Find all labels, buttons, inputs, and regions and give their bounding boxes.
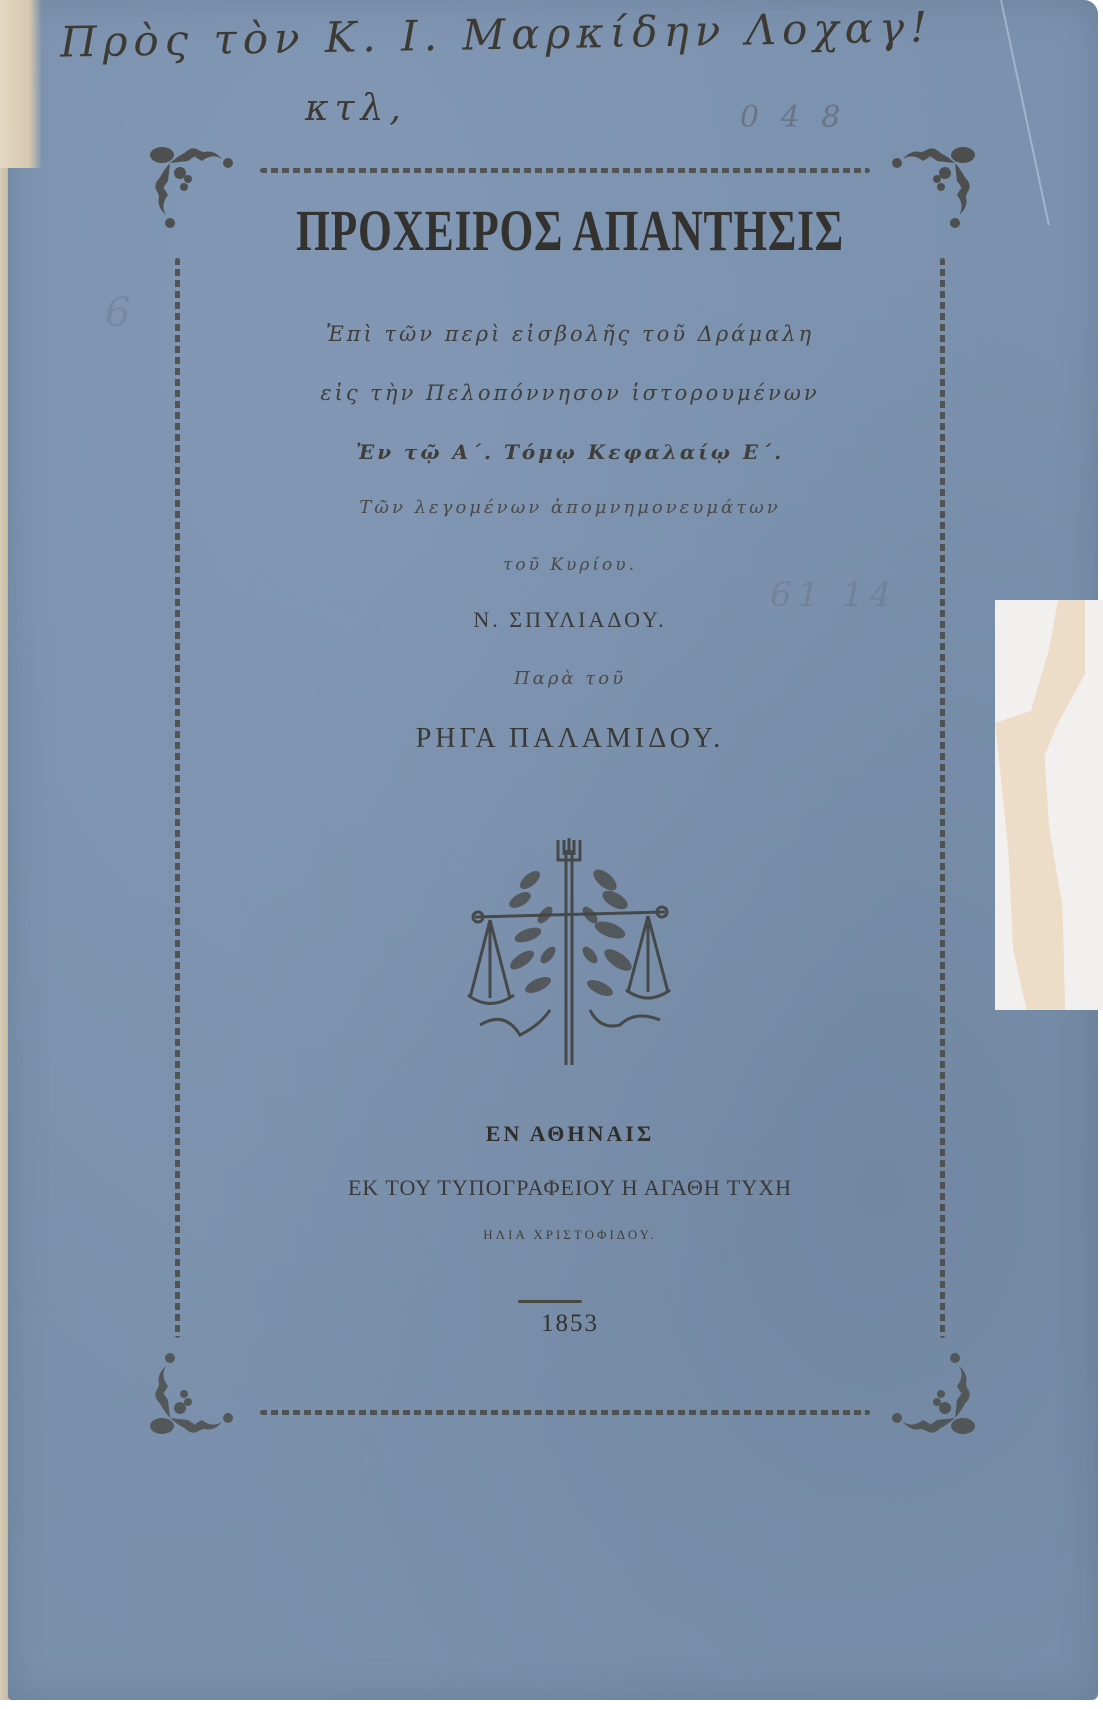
publication-year: 1853 <box>195 1310 945 1338</box>
imprint-city: ΕΝ ΑΘΗΝΑΙΣ <box>195 1121 945 1147</box>
subtitle-line: Ἐν τῷ Α΄. Τόμῳ Κεφαλαίῳ Ε΄. <box>195 440 945 464</box>
subtitle-line: εἰς τὴν Πελοπόννησον ἱστορουμένων <box>195 381 945 405</box>
rope-border-left <box>175 258 180 1338</box>
subtitle-line: Ἐπὶ τῶν περὶ εἰσβολῆς τοῦ Δράμαλη <box>195 322 945 346</box>
rope-border-bottom <box>260 1410 870 1415</box>
memoir-author: Ν. ΣΠΥΛΙΑΔΟΥ. <box>195 607 945 633</box>
divider-rule <box>518 1300 582 1303</box>
subtitle-line: Τῶν λεγομένων ἀπομνημονευμάτων <box>195 497 945 518</box>
faint-pencil-mark: 0 4 8 <box>740 100 846 135</box>
worn-corner <box>0 0 42 168</box>
by-label: Παρὰ τοῦ <box>195 668 945 689</box>
imprint-printer: ΕΚ ΤΟΥ ΤΥΠΟΓΡΑΦΕΙΟΥ Η ΑΓΑΘΗ ΤΥΧΗ <box>195 1175 945 1201</box>
corner-ornament-icon <box>140 1338 250 1448</box>
corner-ornament-icon <box>875 1338 985 1448</box>
book-author: ΡΗΓΑ ΠΑΛΑΜΙΔΟΥ. <box>195 723 945 755</box>
rope-border-top <box>260 168 870 173</box>
book-title: ΠΡΟΧΕΙΡΟΣ ΑΠΑΝΤΗΣΙΣ <box>289 200 852 262</box>
subtitle-line: τοῦ Κυρίου. <box>195 555 945 575</box>
handwritten-inscription-continuation: κτλ, <box>305 88 407 129</box>
faint-pencil-mark: 6 <box>105 290 136 336</box>
imprint-printer-name: ΗΛΙΑ ΧΡΙΣΤΟΦΙΔΟΥ. <box>195 1227 945 1243</box>
scales-of-justice-icon <box>450 820 690 1080</box>
title-page-content: ΠΡΟΧΕΙΡΟΣ ΑΠΑΝΤΗΣΙΣ Ἐπὶ τῶν περὶ εἰσβολῆ… <box>195 200 945 262</box>
